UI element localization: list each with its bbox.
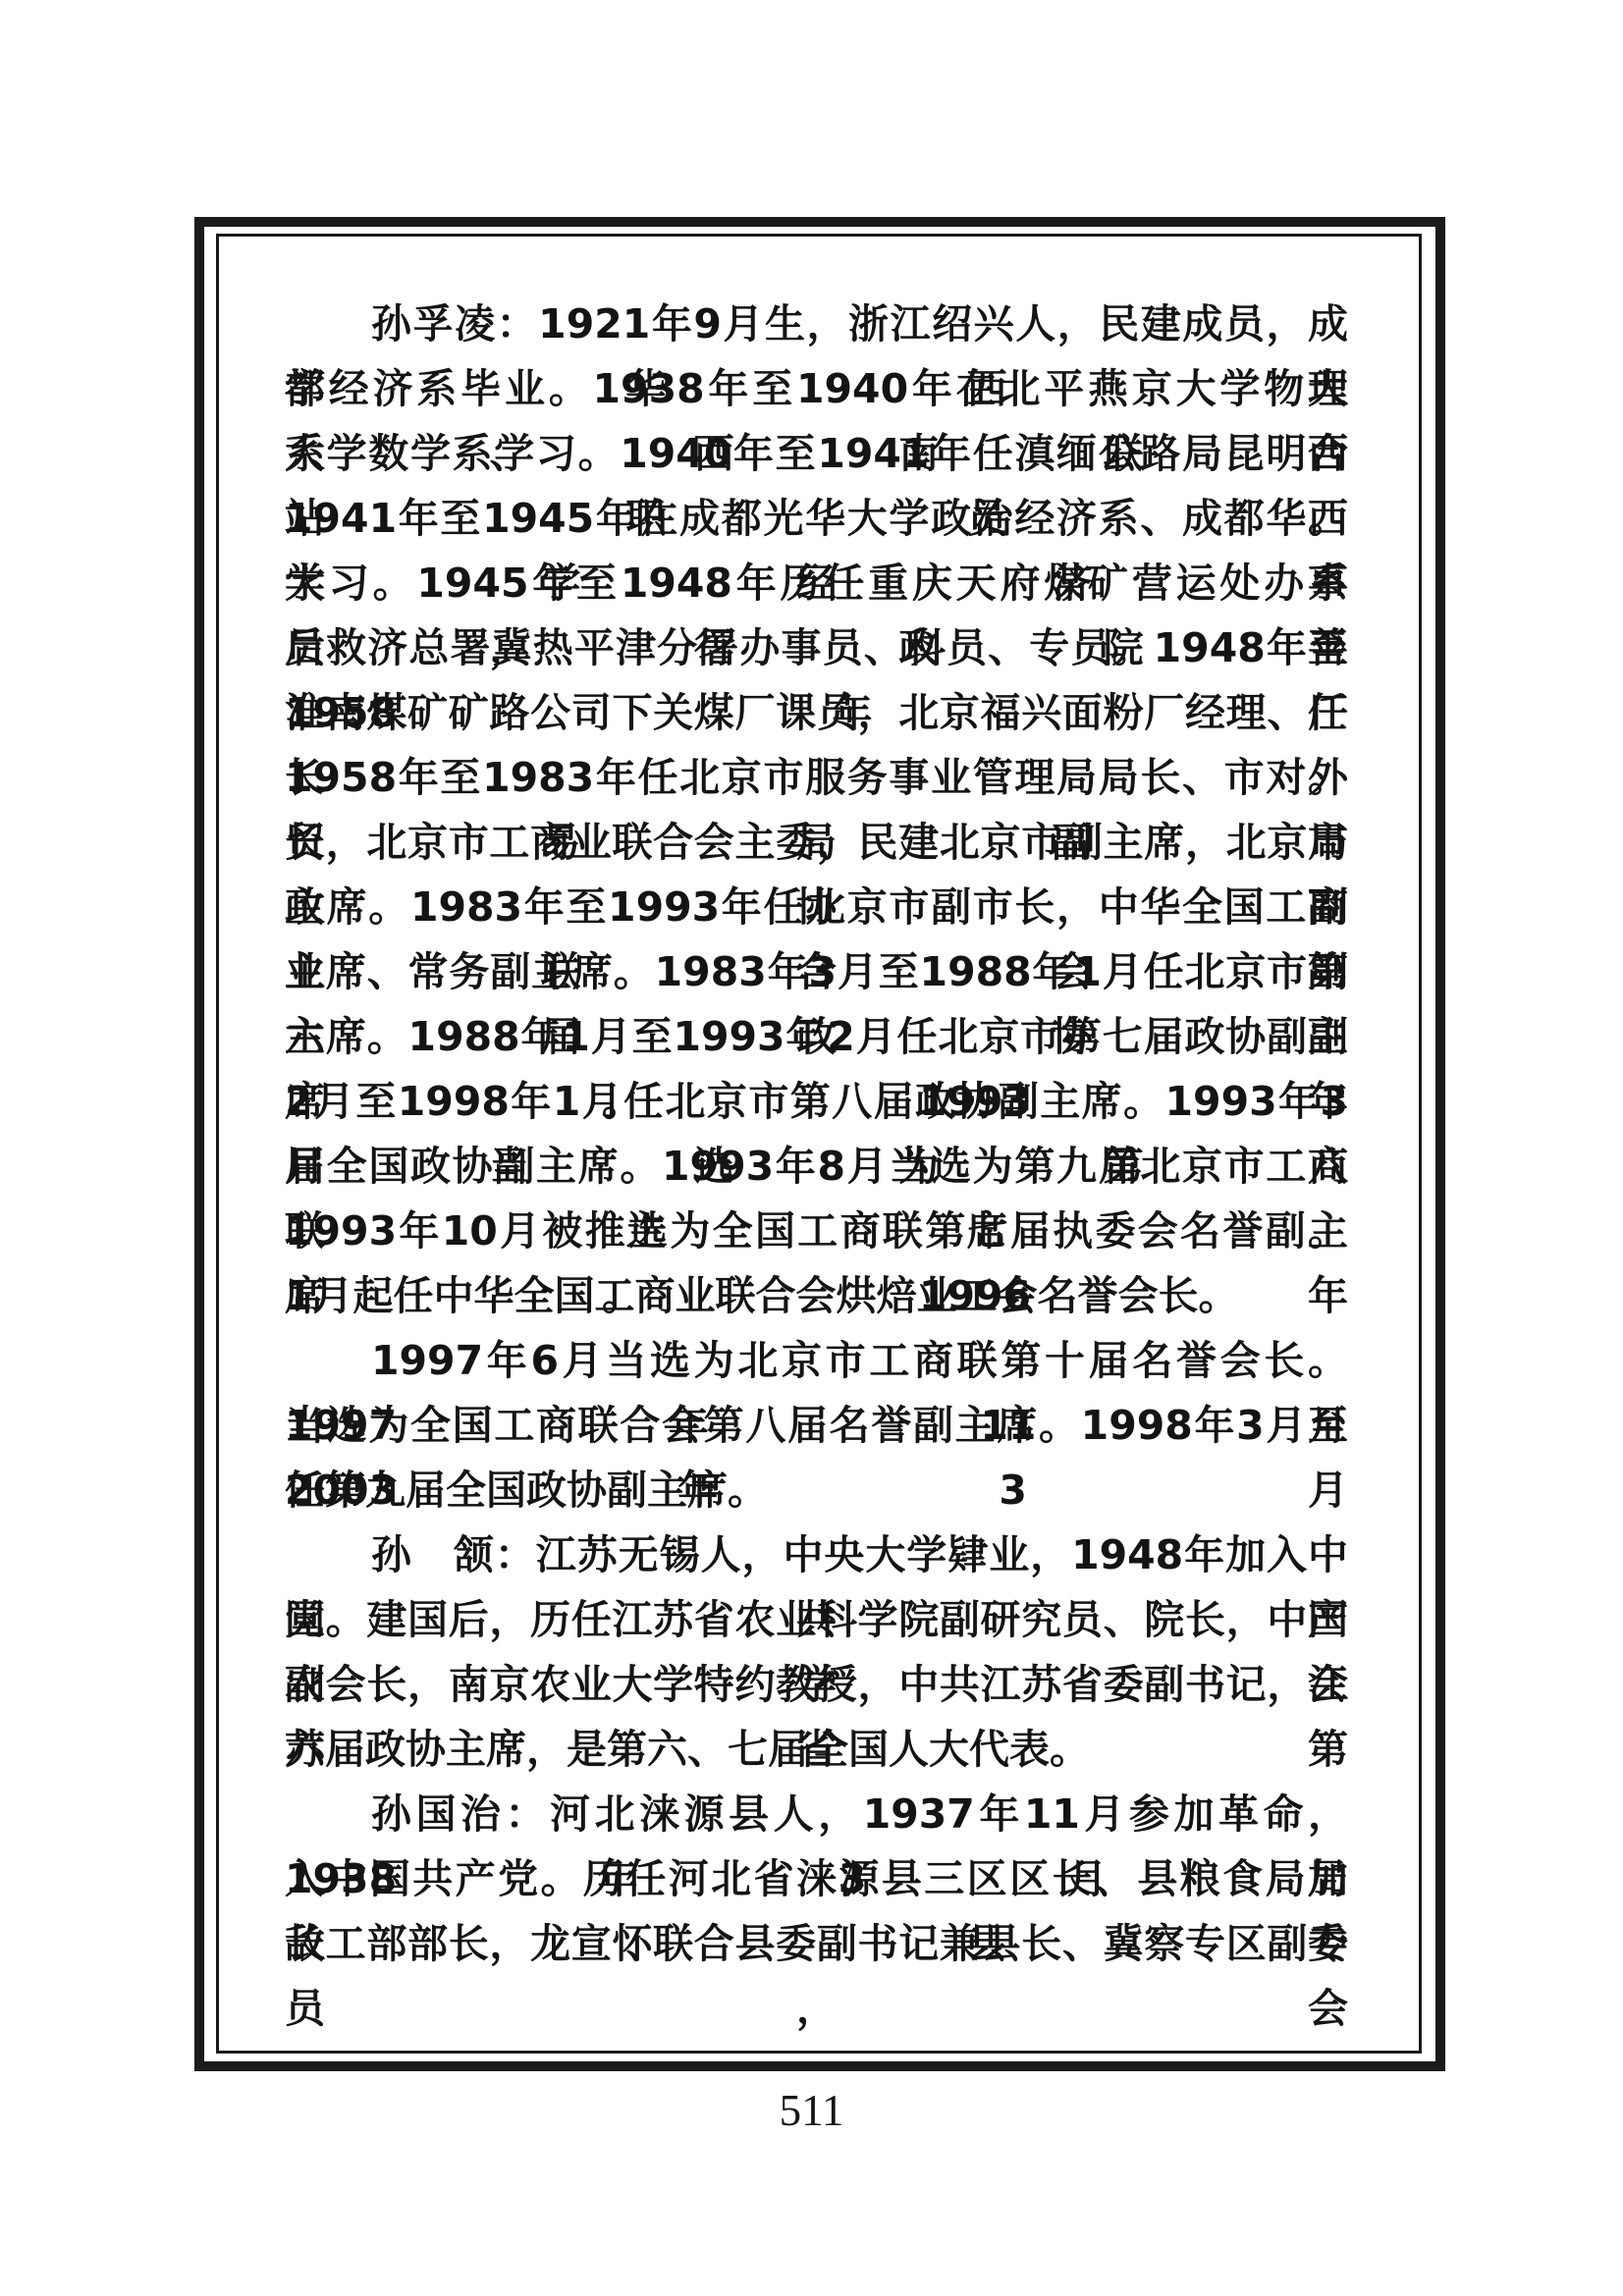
- text-line: 副会长，南京农业大学特约教授，中共江苏省委副书记，江苏省第: [285, 1652, 1348, 1717]
- text-line: 孙孚凌：1921年9月生，浙江绍兴人，民建成员，成都华西大: [285, 292, 1348, 356]
- page-number: 511: [0, 2085, 1623, 2136]
- text-line: 大学数学系学习。1940年至1941年任滇缅公路局昆明西站职员。: [285, 421, 1348, 486]
- text-line: 届全国政协副主席。1993年8月当选为第九届北京市工商联主席。: [285, 1134, 1348, 1199]
- text-line: 敌工部部长，龙宣怀联合县委副书记兼县长、冀察专区副专员，会: [285, 1911, 1348, 1976]
- text-line: 1997年6月当选为北京市工商联第十届名誉会长。1997年11月: [285, 1328, 1348, 1393]
- text-line: 学习。1945年至1948年历任重庆天府煤矿营运处办事员，行政院善: [285, 551, 1348, 615]
- text-line: 孙国治：河北涞源县人，1937年11月参加革命，1938年3月加: [285, 1782, 1348, 1846]
- text-line: 长，北京市工商业联合会主委，民建北京市副主席，北京市政协副: [285, 810, 1348, 875]
- text-line: 1958年至1983年任北京市服务事业管理局局长、市对外贸易局副局: [285, 745, 1348, 810]
- text-line: 学经济系毕业。1938年至1940年在北平燕京大学物理系、西南联合: [285, 356, 1348, 421]
- text-line: 2月至1998年1月任北京市第八届政协副主席。1993年3月当选为第八: [285, 1069, 1348, 1134]
- body-text: 孙孚凌：1921年9月生，浙江绍兴人，民建成员，成都华西大学经济系毕业。1938…: [285, 292, 1348, 1976]
- text-line: 入中国共产党。历任河北省涞源县三区区长、县粮食局局长、县委: [285, 1846, 1348, 1911]
- text-line: 当选为全国工商联合会第八届名誉副主席。1998年3月至2003年3月: [285, 1393, 1348, 1458]
- text-line: 主席。1983年至1993年任北京市副市长，中华全国工商业联合会副: [285, 875, 1348, 939]
- text-line: 1月起任中华全国工商业联合会烘焙业工会名誉会长。: [285, 1263, 1348, 1328]
- text-line: 主席、常务副主席。1983年3月至1988年1月任北京市第六届政协副: [285, 939, 1348, 1004]
- text-line: 淮南煤矿矿路公司下关煤厂课员，北京福兴面粉厂经理、厂长。: [285, 680, 1348, 745]
- text-line: 后救济总署冀热平津分署办事员、科员、专员。1948年至1958年任: [285, 615, 1348, 680]
- text-line: 主席。1988年1月至1993年2月任北京市第七届政协副主席。1993年: [285, 1004, 1348, 1069]
- text-line: 党。建国后，历任江苏省农业科学院副研究员、院长，中国农学会: [285, 1587, 1348, 1652]
- text-line: 1993年10月被推选为全国工商联第七届执委会名誉副主席。1996年: [285, 1199, 1348, 1263]
- text-line: 1941年至1945年在成都光华大学政治经济系、成都华西大学经济系: [285, 486, 1348, 551]
- book-page: 孙孚凌：1921年9月生，浙江绍兴人，民建成员，成都华西大学经济系毕业。1938…: [0, 0, 1623, 2296]
- text-line: 孙 颔：江苏无锡人，中央大学肄业，1948年加入中国共产: [285, 1522, 1348, 1587]
